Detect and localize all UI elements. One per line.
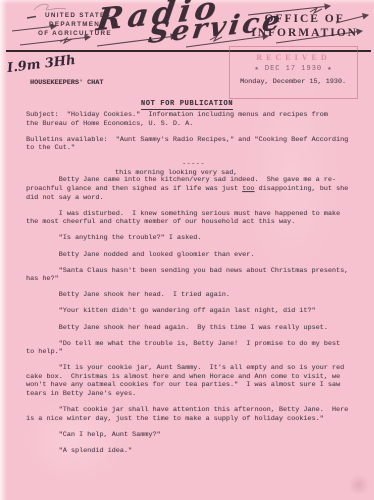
typed-segment: proachful glance and then sighed as if l… xyxy=(26,185,242,193)
typed-line: Betty Jane shook her head. I tried again… xyxy=(26,291,366,300)
typed-line: Subject: "Holiday Cookies." Information … xyxy=(26,111,366,120)
typed-line: proachful glance and then sighed as if l… xyxy=(26,185,366,194)
body-paragraph: "Do tell me what the trouble is, Betty J… xyxy=(26,340,366,357)
typed-line: did not say a word. xyxy=(26,194,366,203)
body-paragraph: I was disturbed. I knew something seriou… xyxy=(26,210,366,227)
stamp-date-text: ★ DEC 17 1930 ★ xyxy=(230,64,357,73)
typed-line: is a nice winter day, just the time to m… xyxy=(26,415,366,424)
restriction-label: NOT FOR PUBLICATION xyxy=(141,100,233,110)
typed-line: the most cheerful and chatty member of o… xyxy=(26,218,366,227)
typed-line: to the Cut." xyxy=(26,144,366,153)
handwritten-note: I.9m 3Hh xyxy=(6,53,76,76)
bulletins-paragraph: Bulletins available: "Aunt Sammy's Radio… xyxy=(26,136,366,153)
document-date: Monday, December 15, 1930. xyxy=(240,78,346,87)
body-paragraph: "Santa Claus hasn't been sending you bad… xyxy=(26,267,366,284)
typed-line: "It is your cookie jar, Aunt Sammy. It's… xyxy=(26,364,366,373)
document-body: Subject: "Holiday Cookies." Information … xyxy=(26,111,366,463)
typed-line: "Can I help, Aunt Sammy?" xyxy=(26,431,366,440)
typed-line: to help." xyxy=(26,348,366,357)
office-line: OFFICE OF xyxy=(251,13,358,27)
document-page: UNITED STATES DEPARTMENT OF AGRICULTURE … xyxy=(0,0,374,500)
typed-line: "Is anything the trouble?" I asked. xyxy=(26,234,366,243)
body-paragraph: "A splendid idea." xyxy=(26,447,366,456)
underlined-word: too xyxy=(242,185,254,193)
body-paragraph-1: this morning looking very sad, Betty Jan… xyxy=(26,176,366,202)
typed-segment: disappointing, but she xyxy=(254,185,348,193)
typed-line: "Your kitten didn't go wandering off aga… xyxy=(26,307,366,316)
body-paragraph: Betty Jane shook her head again. By this… xyxy=(26,324,366,333)
typed-line: has he?" xyxy=(26,275,366,284)
restriction-row: NOT FOR PUBLICATION xyxy=(0,92,374,110)
pencil-scribble xyxy=(34,4,66,10)
office-line: INFORMATION xyxy=(251,27,358,41)
body-paragraph: "Is anything the trouble?" I asked. xyxy=(26,234,366,243)
body-paragraph: "Can I help, Aunt Sammy?" xyxy=(26,431,366,440)
body-paragraph: "That cookie jar shall have attention th… xyxy=(26,406,366,423)
typed-line: "That cookie jar shall have attention th… xyxy=(26,406,366,415)
typed-line: Betty Jane nodded and looked gloomier th… xyxy=(26,251,366,260)
typed-insertion: this morning looking very sad, xyxy=(115,169,237,178)
subject-paragraph: Subject: "Holiday Cookies." Information … xyxy=(26,111,366,128)
body-paragraph: "Your kitten didn't go wandering off aga… xyxy=(26,307,366,316)
body-paragraph: Betty Jane nodded and looked gloomier th… xyxy=(26,251,366,260)
typed-line: "Do tell me what the trouble is, Betty J… xyxy=(26,340,366,349)
typed-line: Betty Jane shook her head again. By this… xyxy=(26,324,366,333)
typed-line: Bulletins available: "Aunt Sammy's Radio… xyxy=(26,136,366,145)
typed-line: "A splendid idea." xyxy=(26,447,366,456)
typed-line: the Bureau of Home Economics, U. S. D. A… xyxy=(26,120,366,129)
body-paragraph: "It is your cookie jar, Aunt Sammy. It's… xyxy=(26,364,366,398)
typed-line: won't have any oatmeal cookies for our t… xyxy=(26,381,366,390)
office-of-information: OFFICE OF INFORMATION xyxy=(251,13,358,40)
masthead: UNITED STATES DEPARTMENT OF AGRICULTURE … xyxy=(0,0,374,52)
body-paragraph: Betty Jane shook her head. I tried again… xyxy=(26,291,366,300)
stamp-received-text: RECEIVED xyxy=(230,53,357,62)
series-title: HOUSEKEEPERS' CHAT xyxy=(30,79,103,88)
scan-edge-left xyxy=(0,0,7,500)
typed-line: tears in Betty Jane's eyes. xyxy=(26,390,366,399)
section-separator: ----- xyxy=(182,160,366,169)
typed-line: "Santa Claus hasn't been sending you bad… xyxy=(26,267,366,276)
